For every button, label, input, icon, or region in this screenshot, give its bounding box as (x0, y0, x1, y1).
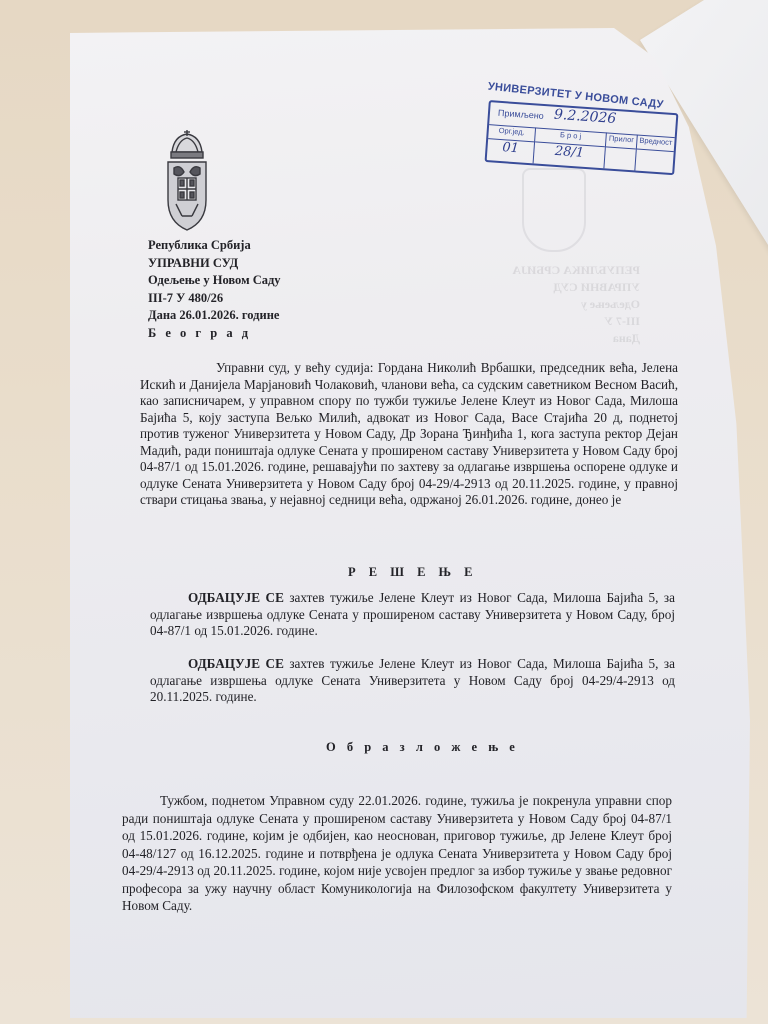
serbian-coat-of-arms-icon (162, 130, 212, 234)
decision-item-1: ОДБАЦУЈЕ СЕ захтев тужиље Јелене Клеут и… (150, 590, 675, 640)
court-header: Република Србија УПРАВНИ СУД Одељење у Н… (148, 237, 281, 342)
reasoning-text: Тужбом, поднетом Управном суду 22.01.202… (122, 793, 672, 913)
intro-text: Управни суд, у већу судија: Гордана Нико… (140, 360, 678, 507)
reasoning-paragraph: Тужбом, поднетом Управном суду 22.01.202… (122, 792, 672, 915)
stamp-cell-header: Вредност (637, 135, 675, 153)
intro-paragraph: Управни суд, у већу судија: Гордана Нико… (140, 360, 678, 509)
stamp-received-date: 9.2.2026 (553, 107, 616, 127)
stamp-cell-value-col: Вредност (635, 135, 674, 173)
reasoning-title: О б р а з л о ж е њ е (326, 740, 519, 755)
stamp-box: Примљено 9.2.2026 Орг.јед. 01 Б р о ј 28… (485, 100, 679, 175)
header-date: Дана 26.01.2026. године (148, 307, 281, 325)
decision-title: Р Е Ш Е Њ Е (348, 565, 478, 580)
stamp-cell-org-unit: Орг.јед. 01 (487, 124, 536, 163)
header-case-number: III-7 У 480/26 (148, 290, 281, 308)
decision-item-lead: ОДБАЦУЈЕ СЕ (188, 590, 284, 605)
decision-item-2: ОДБАЦУЈЕ СЕ захтев тужиље Јелене Клеут и… (150, 656, 675, 706)
stamp-cell-value: 01 (487, 139, 534, 157)
stamp-received-label: Примљено (498, 108, 544, 121)
stamp-cell-attachment: Прилог (604, 132, 637, 170)
stamp-cell-header: Прилог (606, 132, 637, 149)
header-country: Република Србија (148, 237, 281, 255)
received-stamp: УНИВЕРЗИТЕТ У НОВОМ САДУ Примљено 9.2.20… (483, 84, 688, 176)
header-department: Одељење у Новом Саду (148, 272, 281, 290)
decision-item-lead: ОДБАЦУЈЕ СЕ (188, 656, 284, 671)
header-court-name: УПРАВНИ СУД (148, 255, 281, 273)
stamp-cell-number: Б р о ј 28/1 (534, 127, 607, 168)
header-city: Б е о г р а д (148, 325, 281, 343)
